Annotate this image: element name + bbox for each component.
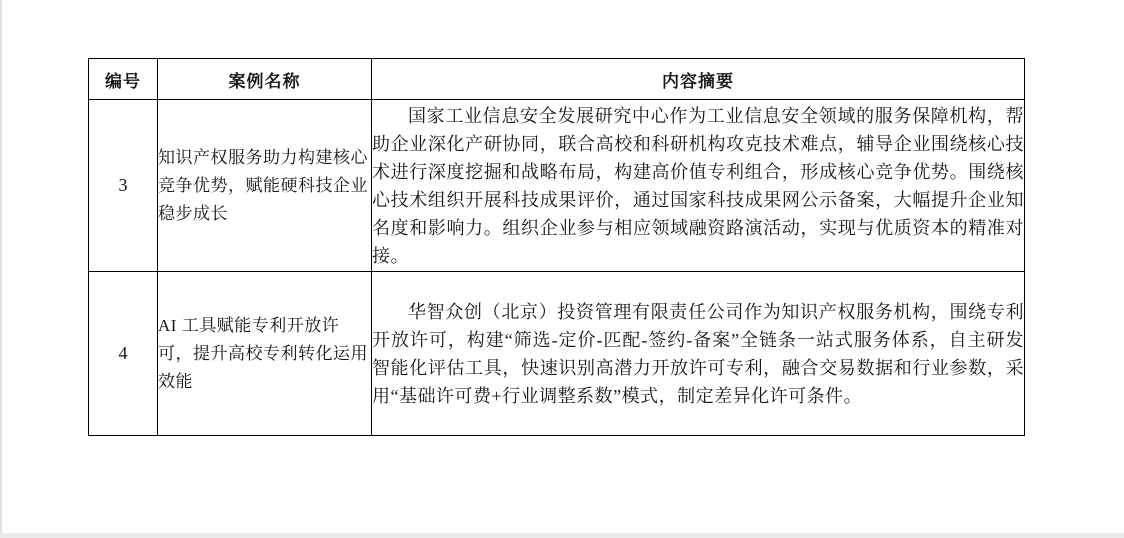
cell-case-number: 4 [89,272,158,436]
header-case-name: 案例名称 [158,59,372,100]
header-summary: 内容摘要 [372,59,1025,100]
table-header-row: 编号 案例名称 内容摘要 [89,59,1025,100]
cell-case-name: 知识产权服务助力构建核心竞争优势，赋能硬科技企业稳步成长 [158,100,372,272]
summary-text: 华智众创（北京）投资管理有限责任公司作为知识产权服务机构，围绕专利开放许可，构建… [372,298,1024,410]
table-row: 3 知识产权服务助力构建核心竞争优势，赋能硬科技企业稳步成长 国家工业信息安全发… [89,100,1025,272]
cell-case-number: 3 [89,100,158,272]
case-summary-table: 编号 案例名称 内容摘要 3 知识产权服务助力构建核心竞争优势，赋能硬科技企业稳… [88,58,1025,436]
page-edge-bottom [0,533,1124,538]
case-name-text: 知识产权服务助力构建核心竞争优势，赋能硬科技企业稳步成长 [158,144,371,228]
cell-case-name: AI 工具赋能专利开放许可，提升高校专利转化运用效能 [158,272,372,436]
page-edge-left [0,0,2,538]
document-page: 编号 案例名称 内容摘要 3 知识产权服务助力构建核心竞争优势，赋能硬科技企业稳… [0,0,1124,538]
header-case-number: 编号 [89,59,158,100]
table-row: 4 AI 工具赋能专利开放许可，提升高校专利转化运用效能 华智众创（北京）投资管… [89,272,1025,436]
cell-summary: 华智众创（北京）投资管理有限责任公司作为知识产权服务机构，围绕专利开放许可，构建… [372,272,1025,436]
cell-summary: 国家工业信息安全发展研究中心作为工业信息安全领域的服务保障机构，帮助企业深化产研… [372,100,1025,272]
summary-text: 国家工业信息安全发展研究中心作为工业信息安全领域的服务保障机构，帮助企业深化产研… [372,102,1024,270]
case-name-text: AI 工具赋能专利开放许可，提升高校专利转化运用效能 [158,312,371,396]
